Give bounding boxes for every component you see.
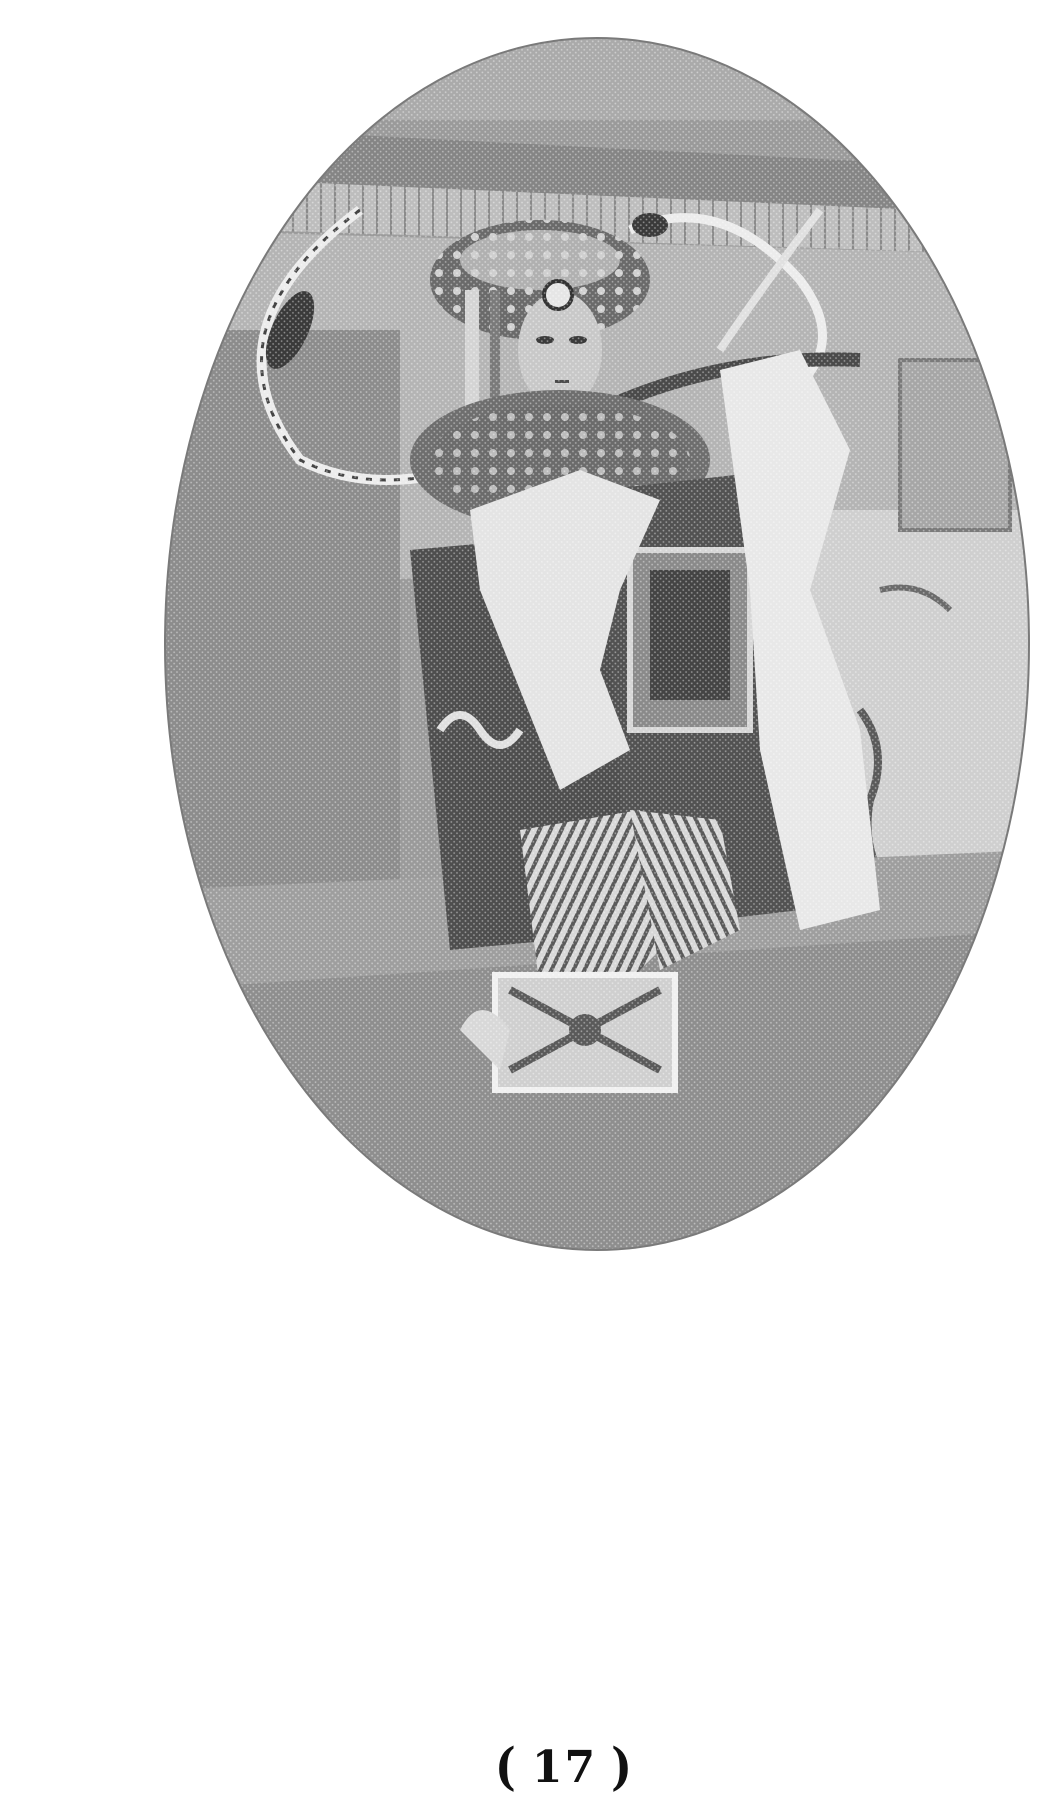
book-page: (17) (0, 0, 1057, 1813)
oval-photograph (160, 30, 1035, 1258)
page-number-close-paren: ) (611, 1738, 634, 1797)
page-number-open-paren: ( (495, 1738, 518, 1797)
opera-performer-photo (160, 30, 1035, 1258)
page-number: (17) (0, 1742, 1057, 1793)
page-number-value: 17 (532, 1742, 597, 1793)
